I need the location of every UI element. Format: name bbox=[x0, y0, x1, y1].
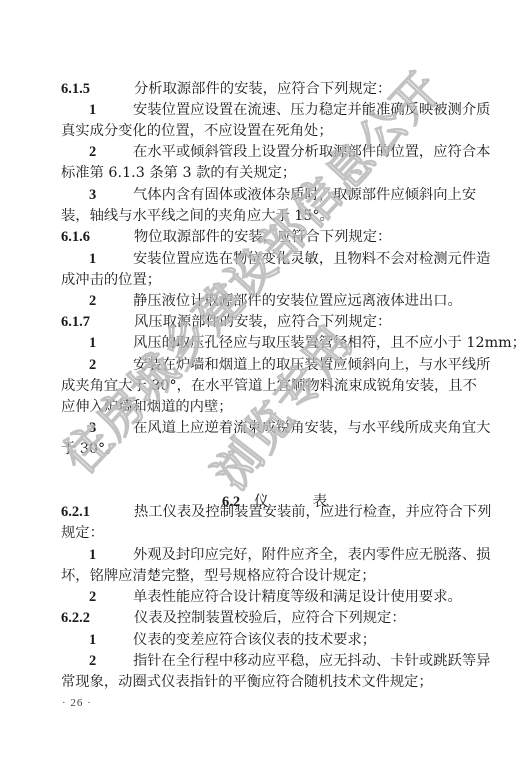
clause-item: 2静压液位计取源部件的安装位置应远离液体进出口。 bbox=[61, 291, 459, 312]
item-text: 在水平或倾斜管段上设置分析取源部件的位置，应符合本 bbox=[133, 144, 490, 160]
item-text: 安装位置应设置在流速、压力稳定并能准确反映被测介质 bbox=[133, 102, 490, 118]
clause-item-continuation: 于 30°。 bbox=[61, 439, 459, 460]
page-number: · 26 · bbox=[62, 694, 92, 712]
clause-6-1-7: 6.1.7风压取源部件的安装，应符合下列规定： bbox=[61, 312, 459, 333]
item-text: 风压的取压孔径应与取压装置管径相符，且不应小于 12mm； bbox=[133, 335, 526, 351]
clause-number: 6.2.1 bbox=[61, 502, 134, 523]
clause-6-2-2: 6.2.2仪表及控制装置校验后，应符合下列规定： bbox=[61, 608, 459, 629]
clause-item: 1安装位置应选在物位变化灵敏，且物料不会对检测元件造 bbox=[61, 249, 459, 270]
clause-text: 物位取源部件的安装，应符合下列规定： bbox=[134, 229, 391, 245]
clause-6-1-6: 6.1.6物位取源部件的安装，应符合下列规定： bbox=[61, 227, 459, 248]
item-number: 2 bbox=[89, 587, 133, 608]
item-number: 1 bbox=[89, 545, 133, 566]
clause-number: 6.1.6 bbox=[61, 227, 134, 248]
clause-item: 2指针在全行程中移动应平稳，应无抖动、卡针或跳跃等异 bbox=[61, 651, 459, 672]
clause-item: 2安装在炉墙和烟道上的取压装置应倾斜向上，与水平线所 bbox=[61, 355, 459, 376]
clause-continuation: 规定： bbox=[61, 523, 459, 544]
clause-item: 2在水平或倾斜管段上设置分析取源部件的位置，应符合本 bbox=[61, 142, 459, 163]
clause-item: 2单表性能应符合设计精度等级和满足设计使用要求。 bbox=[61, 587, 459, 608]
item-text: 单表性能应符合设计精度等级和满足设计使用要求。 bbox=[133, 589, 462, 605]
item-number: 1 bbox=[89, 630, 133, 651]
clause-item: 3在风道上应逆着流束成锐角安装，与水平线所成夹角宜大 bbox=[61, 418, 459, 439]
item-text: 外观及封印应完好，附件应齐全，表内零件应无脱落、损 bbox=[133, 547, 490, 563]
clause-text: 仪表及控制装置校验后，应符合下列规定： bbox=[134, 610, 406, 626]
clause-text: 分析取源部件的安装，应符合下列规定： bbox=[134, 81, 391, 97]
item-number: 3 bbox=[89, 185, 133, 206]
clause-item-continuation: 成夹角宜大于 30°，在水平管道上宜顺物料流束成锐角安装，且不 bbox=[61, 376, 459, 397]
clause-item: 1安装位置应设置在流速、压力稳定并能准确反映被测介质 bbox=[61, 100, 459, 121]
item-number: 1 bbox=[89, 333, 133, 354]
item-number: 2 bbox=[89, 291, 133, 312]
item-text: 仪表的变差应符合该仪表的技术要求； bbox=[133, 632, 376, 648]
item-number: 1 bbox=[89, 100, 133, 121]
item-number: 2 bbox=[89, 651, 133, 672]
clause-item: 1仪表的变差应符合该仪表的技术要求； bbox=[61, 630, 459, 651]
item-text: 在风道上应逆着流束成锐角安装，与水平线所成夹角宜大 bbox=[133, 420, 490, 436]
item-number: 2 bbox=[89, 142, 133, 163]
item-number: 2 bbox=[89, 355, 133, 376]
clause-item-continuation: 成冲击的位置； bbox=[61, 270, 459, 291]
section-heading: 6.2仪表 bbox=[0, 469, 529, 491]
clause-item: 1外观及封印应完好，附件应齐全，表内零件应无脱落、损 bbox=[61, 545, 459, 566]
clause-item-continuation: 装，轴线与水平线之间的夹角应大于 15°。 bbox=[61, 206, 459, 227]
clause-number: 6.1.5 bbox=[61, 79, 134, 100]
clause-text: 热工仪表及控制装置安装前，应进行检查，并应符合下列 bbox=[134, 504, 491, 520]
clause-item-continuation: 坏，铭牌应清楚完整，型号规格应符合设计规定； bbox=[61, 566, 459, 587]
clause-6-1-5: 6.1.5分析取源部件的安装，应符合下列规定： bbox=[61, 79, 459, 100]
clause-item-continuation: 常现象，动圈式仪表指针的平衡应符合随机技术文件规定； bbox=[61, 672, 459, 693]
clause-item: 3气体内含有固体或液体杂质时，取源部件应倾斜向上安 bbox=[61, 185, 459, 206]
document-page: 6.1.5分析取源部件的安装，应符合下列规定： 1安装位置应设置在流速、压力稳定… bbox=[0, 0, 529, 767]
clause-item: 1风压的取压孔径应与取压装置管径相符，且不应小于 12mm； bbox=[61, 333, 459, 354]
item-text: 指针在全行程中移动应平稳，应无抖动、卡针或跳跃等异 bbox=[133, 653, 490, 669]
clause-text: 风压取源部件的安装，应符合下列规定： bbox=[134, 314, 391, 330]
clause-number: 6.2.2 bbox=[61, 608, 134, 629]
item-text: 静压液位计取源部件的安装位置应远离液体进出口。 bbox=[133, 293, 462, 309]
item-text: 气体内含有固体或液体杂质时，取源部件应倾斜向上安 bbox=[133, 187, 476, 203]
clause-item-continuation: 标准第 6.1.3 条第 3 款的有关规定； bbox=[61, 163, 459, 184]
item-text: 安装在炉墙和烟道上的取压装置应倾斜向上，与水平线所 bbox=[133, 357, 490, 373]
clause-item-continuation: 应伸入炉墙和烟道的内壁； bbox=[61, 397, 459, 418]
item-text: 安装位置应选在物位变化灵敏，且物料不会对检测元件造 bbox=[133, 251, 490, 267]
item-number: 1 bbox=[89, 249, 133, 270]
clause-item-continuation: 真实成分变化的位置，不应设置在死角处； bbox=[61, 121, 459, 142]
clause-number: 6.1.7 bbox=[61, 312, 134, 333]
item-number: 3 bbox=[89, 418, 133, 439]
clause-6-2-1: 6.2.1热工仪表及控制装置安装前，应进行检查，并应符合下列 bbox=[61, 502, 459, 523]
